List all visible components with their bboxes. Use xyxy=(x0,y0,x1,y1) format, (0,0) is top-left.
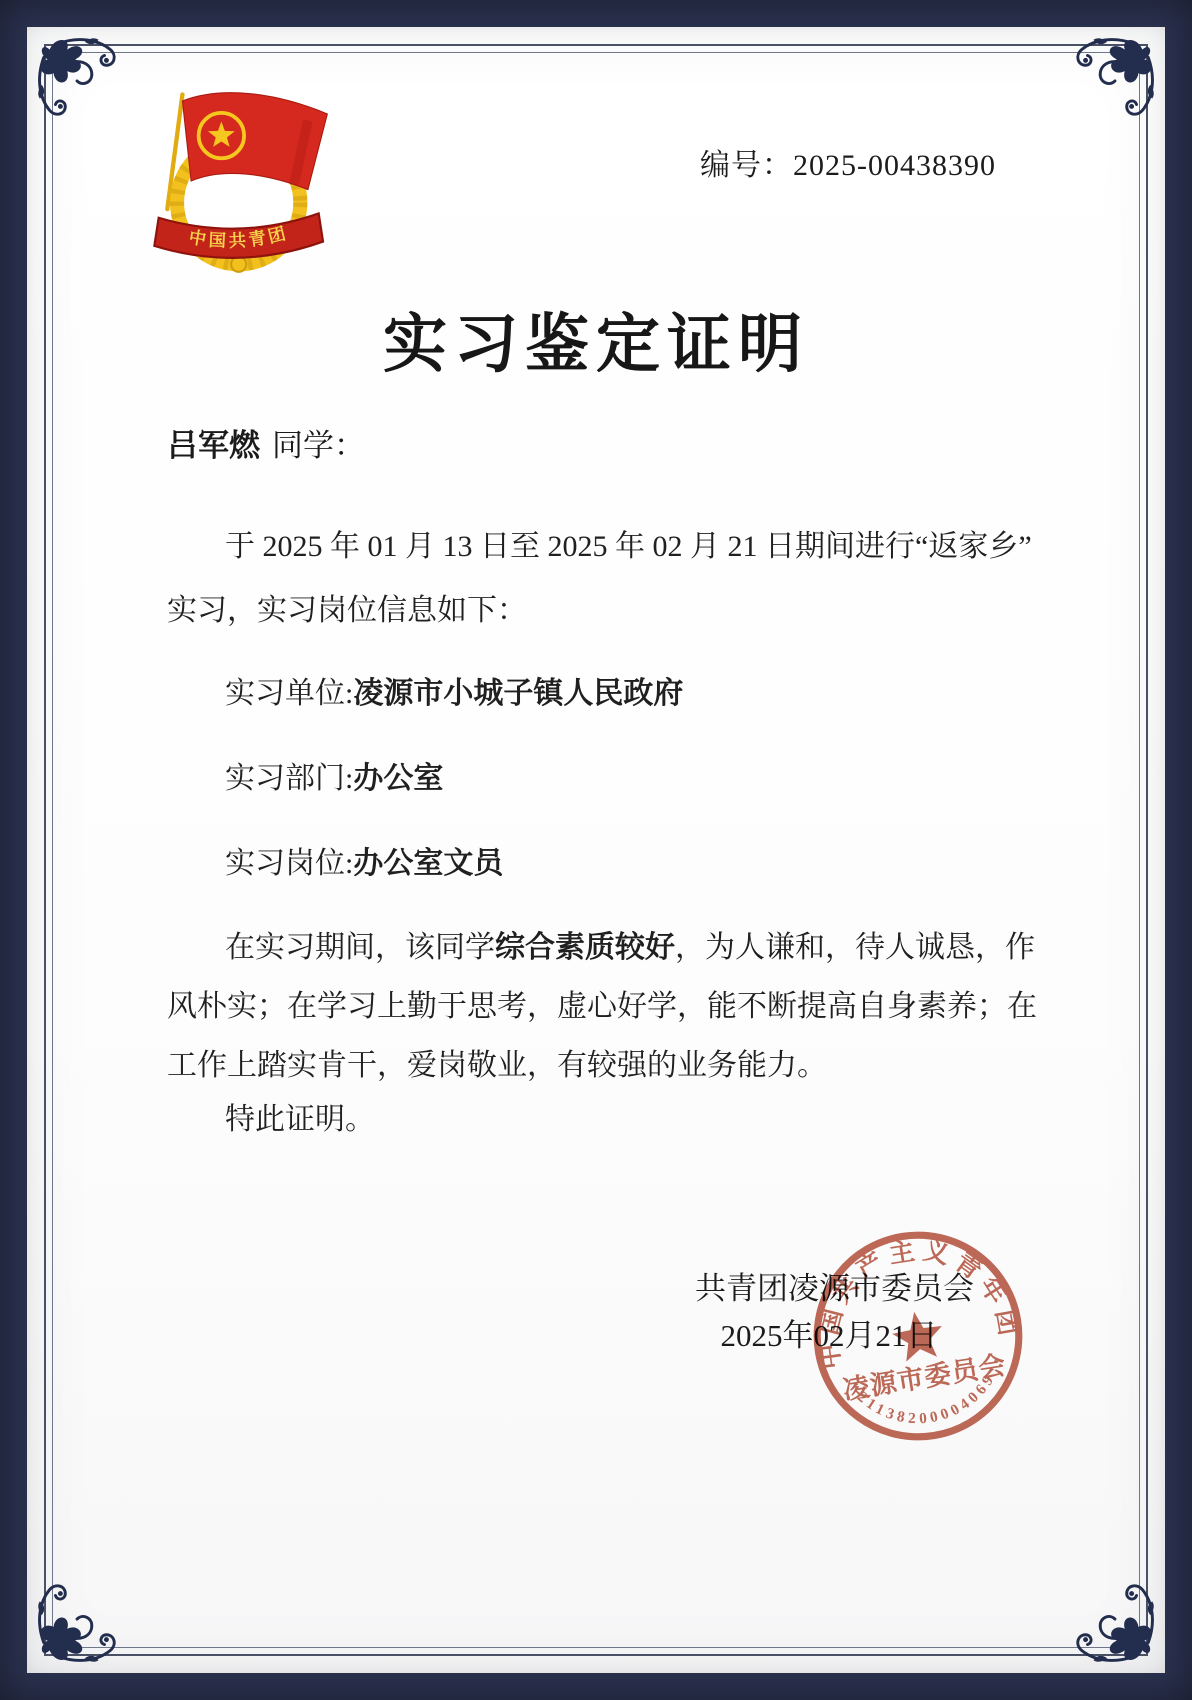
seal-star-icon xyxy=(889,1308,946,1363)
corner-flourish-icon xyxy=(30,30,128,128)
corner-flourish-icon xyxy=(1064,1572,1162,1670)
certificate-page: 中国共青团 编号：2025-00438390 实习鉴定证明 吕军燃同学： 于 2… xyxy=(0,0,1192,1700)
corner-flourish-icon xyxy=(30,1572,128,1670)
official-seal-icon: 中国共产主义青年团 凌源市委员会 21138200004069 xyxy=(790,1208,1046,1464)
corner-flourish-icon xyxy=(1064,30,1162,128)
